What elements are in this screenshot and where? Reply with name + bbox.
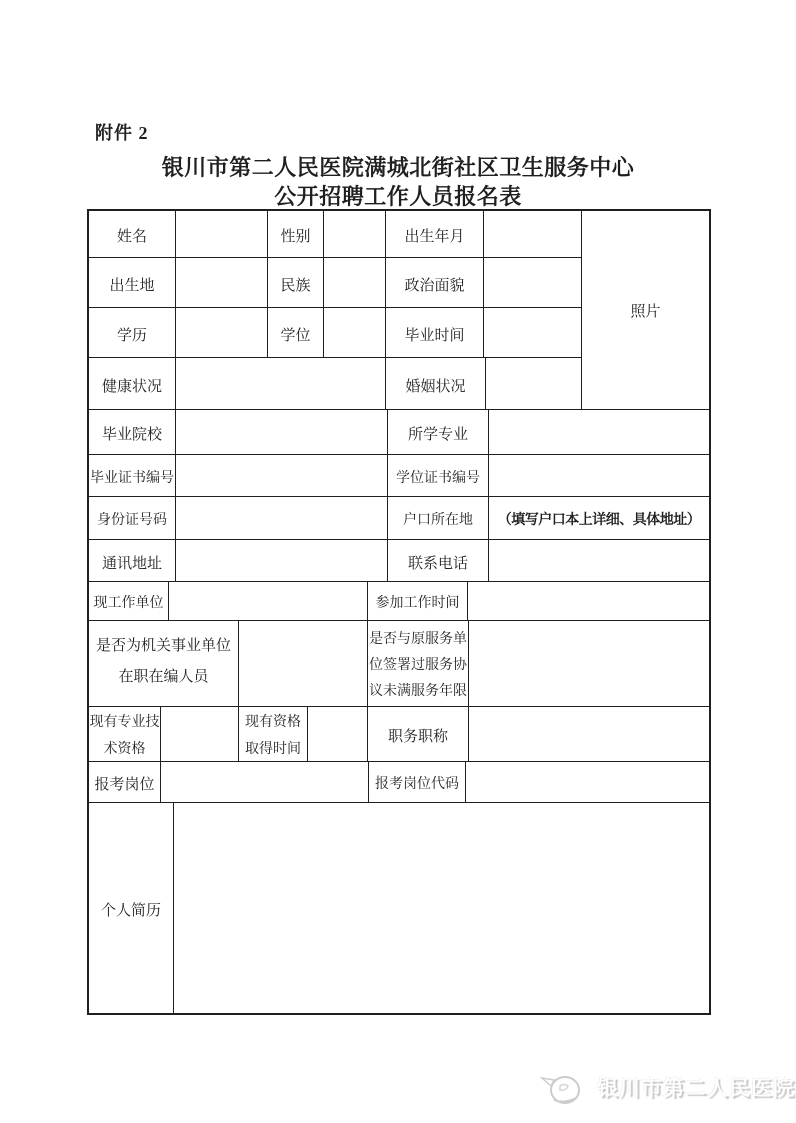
service-agreement-label-line2: 位签署过服务协	[369, 653, 467, 679]
household-location-note: （填写户口本上详细、具体地址）	[489, 497, 709, 539]
birth-place-label: 出生地	[89, 258, 176, 307]
applied-post-value-cell	[161, 762, 369, 802]
table-row: 报考岗位 报考岗位代码	[89, 762, 709, 803]
table-row: 身份证号码 户口所在地 （填写户口本上详细、具体地址）	[89, 497, 709, 540]
form-title-line1: 银川市第二人民医院满城北街社区卫生服务中心	[0, 153, 796, 182]
qual-obtained-time-label: 现有资格 取得时间	[239, 707, 308, 761]
work-start-time-value-cell	[468, 582, 709, 620]
table-row: 毕业证书编号 学位证书编号	[89, 455, 709, 497]
household-location-label: 户口所在地	[388, 497, 489, 539]
table-row: 出生地 民族 政治面貌	[89, 258, 581, 308]
graduation-time-label: 毕业时间	[386, 308, 484, 357]
table-row: 健康状况 婚姻状况	[89, 358, 581, 410]
document-page: 附件 2 银川市第二人民医院满城北街社区卫生服务中心 公开招聘工作人员报名表 姓…	[0, 0, 796, 1123]
birth-place-value-cell	[176, 258, 268, 307]
contact-phone-value-cell	[489, 540, 709, 581]
birth-date-label: 出生年月	[386, 211, 484, 257]
resume-value-cell	[174, 803, 709, 1013]
hospital-watermark-text: 银川市第二人民医院	[597, 1072, 795, 1102]
staffed-status-label-line1: 是否为机关事业单位	[96, 636, 231, 656]
name-value-cell	[176, 211, 268, 257]
service-agreement-label-line3: 议未满服务年限	[369, 679, 467, 705]
marital-status-label: 婚姻状况	[386, 358, 486, 409]
diploma-number-value-cell	[176, 455, 388, 496]
staffed-status-label-line2: 在职在编人员	[118, 667, 208, 687]
degree-cert-number-label: 学位证书编号	[388, 455, 489, 496]
table-row: 学历 学位 毕业时间	[89, 308, 581, 358]
form-title: 银川市第二人民医院满城北街社区卫生服务中心 公开招聘工作人员报名表	[0, 153, 796, 211]
qual-obtained-time-label-line1: 现有资格	[245, 709, 301, 736]
qual-obtained-time-label-line2: 取得时间	[245, 736, 301, 761]
service-agreement-value-cell	[469, 621, 709, 706]
diploma-number-label: 毕业证书编号	[89, 455, 176, 496]
graduation-time-value-cell	[484, 308, 581, 357]
birth-date-value-cell	[484, 211, 581, 257]
photo-label: 照片	[630, 300, 660, 321]
gender-value-cell	[324, 211, 386, 257]
health-status-label: 健康状况	[89, 358, 176, 409]
id-number-label: 身份证号码	[89, 497, 176, 539]
major-label: 所学专业	[388, 410, 489, 454]
table-row: 个人简历	[89, 803, 709, 1013]
degree-label: 学位	[268, 308, 324, 357]
service-agreement-label: 是否与原服务单 位签署过服务协 议未满服务年限	[368, 621, 469, 706]
mailing-address-value-cell	[176, 540, 388, 581]
prof-tech-qual-label-line2: 术资格	[104, 736, 146, 761]
degree-value-cell	[324, 308, 386, 357]
applied-post-code-label: 报考岗位代码	[369, 762, 466, 802]
photo-cell: 照片	[581, 211, 709, 410]
staffed-status-label: 是否为机关事业单位 在职在编人员	[89, 621, 239, 706]
table-row: 是否为机关事业单位 在职在编人员 是否与原服务单 位签署过服务协 议未满服务年限	[89, 621, 709, 707]
table-row: 现工作单位 参加工作时间	[89, 582, 709, 621]
work-start-time-label: 参加工作时间	[368, 582, 468, 620]
mailing-address-label: 通讯地址	[89, 540, 176, 581]
application-form-table: 姓名 性别 出生年月 出生地 民族 政治面貌 学历 学位 毕业时间 健	[87, 209, 711, 1015]
degree-cert-number-value-cell	[489, 455, 709, 496]
resume-label: 个人简历	[89, 803, 174, 1013]
applied-post-label: 报考岗位	[89, 762, 161, 802]
health-status-value-cell	[176, 358, 386, 409]
political-status-value-cell	[484, 258, 581, 307]
ethnicity-label: 民族	[268, 258, 324, 307]
marital-status-value-cell	[486, 358, 581, 409]
applied-post-code-value-cell	[466, 762, 709, 802]
hospital-watermark: 银川市第二人民医院	[538, 1066, 795, 1108]
contact-phone-label: 联系电话	[388, 540, 489, 581]
gender-label: 性别	[268, 211, 324, 257]
prof-tech-qual-value-cell	[161, 707, 239, 761]
attachment-label: 附件 2	[95, 119, 149, 145]
name-label: 姓名	[89, 211, 176, 257]
current-employer-label: 现工作单位	[89, 582, 169, 620]
qual-obtained-time-value-cell	[308, 707, 368, 761]
position-title-value-cell	[469, 707, 709, 761]
ethnicity-value-cell	[324, 258, 386, 307]
position-title-label: 职务职称	[368, 707, 469, 761]
id-number-value-cell	[176, 497, 388, 539]
staffed-status-value-cell	[239, 621, 368, 706]
service-agreement-label-line1: 是否与原服务单	[369, 627, 467, 653]
graduate-school-value-cell	[176, 410, 388, 454]
education-value-cell	[176, 308, 268, 357]
current-employer-value-cell	[169, 582, 368, 620]
table-row: 通讯地址 联系电话	[89, 540, 709, 582]
table-row: 姓名 性别 出生年月	[89, 211, 581, 258]
graduate-school-label: 毕业院校	[89, 410, 176, 454]
prof-tech-qual-label: 现有专业技 术资格	[89, 707, 161, 761]
major-value-cell	[489, 410, 709, 454]
political-status-label: 政治面貌	[386, 258, 484, 307]
table-row: 毕业院校 所学专业	[89, 410, 709, 455]
form-title-line2: 公开招聘工作人员报名表	[0, 182, 796, 211]
hospital-logo-icon	[538, 1066, 588, 1108]
prof-tech-qual-label-line1: 现有专业技	[90, 709, 160, 736]
table-row: 现有专业技 术资格 现有资格 取得时间 职务职称	[89, 707, 709, 762]
education-label: 学历	[89, 308, 176, 357]
